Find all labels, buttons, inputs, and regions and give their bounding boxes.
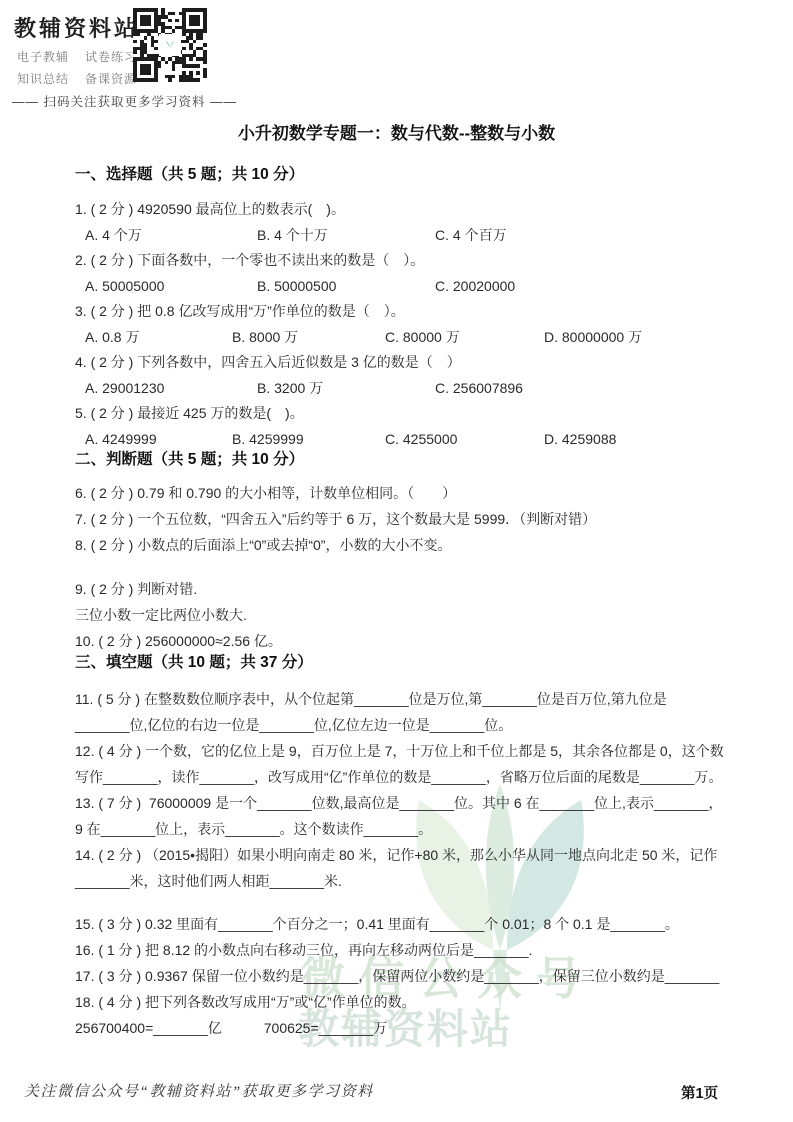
option-b: B. 50000500 [257, 274, 435, 300]
section-heading-fill-blank: 三、填空题（共 10 题；共 37 分） [75, 650, 313, 672]
question-2-text: 2. ( 2 分 ) 下面各数中，一个零也不读出来的数是（ ）。 [75, 248, 642, 274]
question-3-text: 3. ( 2 分 ) 把 0.8 亿改写成用“万”作单位的数是（ ）。 [75, 299, 642, 325]
exam-document-page: 教辅资料站 电子教辅 试卷练习 知识总结 备课资源 —— 扫码关注获取更多学习资… [0, 0, 793, 1122]
option-b: B. 8000 万 [232, 325, 385, 351]
question-16-text: 16. ( 1 分 ) 把 8.12 的小数点向右移动三位，再向左移动两位后是_… [75, 937, 719, 963]
question-11-text: 11. ( 5 分 ) 在整数数位顺序表中，从个位起第_______位是万位,第… [75, 686, 724, 712]
qr-code [133, 8, 207, 82]
option-a: A. 29001230 [85, 376, 257, 402]
question-1-options: A. 4 个万 B. 4 个十万 C. 4 个百万 [75, 223, 642, 249]
question-14-text-line2: _______米，这时他们两人相距_______米. [75, 868, 724, 894]
option-d: D. 4259088 [544, 427, 616, 453]
option-a: A. 50005000 [85, 274, 257, 300]
question-1-text: 1. ( 2 分 ) 4920590 最高位上的数表示( )。 [75, 197, 642, 223]
option-b: B. 3200 万 [257, 376, 435, 402]
question-4-options: A. 29001230 B. 3200 万 C. 256007896 [75, 376, 642, 402]
question-6-text: 6. ( 2 分 ) 0.79 和 0.790 的大小相等，计数单位相同。（ ） [75, 480, 596, 506]
page-title: 小升初数学专题一：数与代数--整数与小数 [0, 119, 793, 144]
qr-center-leaf-icon [159, 34, 181, 56]
question-13-text: 13. ( 7 分 ) 76000009 是一个_______位数,最高位是__… [75, 790, 724, 816]
option-c: C. 80000 万 [385, 325, 544, 351]
option-d: D. 80000000 万 [544, 325, 642, 351]
question-15-text: 15. ( 3 分 ) 0.32 里面有_______个百分之一；0.41 里面… [75, 911, 719, 937]
question-11-text-line2: _______位,亿位的右边一位是_______位,亿位左边一位是_______… [75, 712, 724, 738]
judge-questions-block-2: 9. ( 2 分 ) 判断对错. 三位小数一定比两位小数大. 10. ( 2 分… [75, 576, 282, 654]
question-9-text: 9. ( 2 分 ) 判断对错. [75, 576, 282, 602]
judge-questions-block-1: 6. ( 2 分 ) 0.79 和 0.790 的大小相等，计数单位相同。（ ）… [75, 480, 596, 558]
section-heading-judge: 二、判断题（共 5 题；共 10 分） [75, 447, 304, 469]
option-a: A. 4 个万 [85, 223, 257, 249]
footer-note: 关注微信公众号“教辅资料站”获取更多学习资料 [24, 1080, 374, 1101]
brand-tag: 电子教辅 [17, 48, 69, 65]
question-17-text: 17. ( 3 分 ) 0.9367 保留一位小数约是_______，保留两位小… [75, 963, 719, 989]
choice-questions-block: 1. ( 2 分 ) 4920590 最高位上的数表示( )。 A. 4 个万 … [75, 197, 642, 452]
page-number: 第1页 [681, 1082, 718, 1103]
question-12-text-line2: 写作_______，读作_______，改写成用“亿”作单位的数是_______… [75, 764, 724, 790]
question-12-text: 12. ( 4 分 ) 一个数，它的亿位上是 9，百万位上是 7，十万位上和千位… [75, 738, 724, 764]
question-13-text-line2: 9 在_______位上，表示_______。这个数读作_______。 [75, 816, 724, 842]
option-c: C. 20020000 [435, 274, 515, 300]
brand-tag: 试卷练习 [85, 48, 137, 65]
question-18-text: 18. ( 4 分 ) 把下列各数改写成用“万”或“亿”作单位的数。 [75, 989, 719, 1015]
brand-tag: 知识总结 [17, 70, 69, 87]
section-heading-choice: 一、选择题（共 5 题；共 10 分） [75, 162, 304, 184]
option-c: C. 4255000 [385, 427, 544, 453]
option-c: C. 4 个百万 [435, 223, 507, 249]
question-14-text: 14. ( 2 分 ) （2015•揭阳）如果小明向南走 80 米，记作+80 … [75, 842, 724, 868]
brand-logo-text: 教辅资料站 [14, 12, 139, 43]
question-9-text-line2: 三位小数一定比两位小数大. [75, 602, 282, 628]
brand-tag: 备课资源 [85, 70, 137, 87]
question-2-options: A. 50005000 B. 50000500 C. 20020000 [75, 274, 642, 300]
option-c: C. 256007896 [435, 376, 523, 402]
brand-tag-list: 电子教辅 试卷练习 知识总结 备课资源 [17, 48, 137, 87]
question-18-text-line2: 256700400=_______亿 700625=_______万 [75, 1015, 719, 1041]
header-tagline: —— 扫码关注获取更多学习资料 —— [12, 92, 237, 110]
fill-blank-questions-block-2: 15. ( 3 分 ) 0.32 里面有_______个百分之一；0.41 里面… [75, 911, 719, 1041]
question-3-options: A. 0.8 万 B. 8000 万 C. 80000 万 D. 8000000… [75, 325, 642, 351]
question-4-text: 4. ( 2 分 ) 下列各数中，四舍五入后近似数是 3 亿的数是（ ） [75, 350, 642, 376]
fill-blank-questions-block-1: 11. ( 5 分 ) 在整数数位顺序表中，从个位起第_______位是万位,第… [75, 686, 724, 894]
option-b: B. 4 个十万 [257, 223, 435, 249]
option-a: A. 0.8 万 [85, 325, 232, 351]
question-8-text: 8. ( 2 分 ) 小数点的后面添上“0”或去掉“0”，小数的大小不变。 [75, 532, 596, 558]
question-7-text: 7. ( 2 分 ) 一个五位数，“四舍五入”后约等于 6 万，这个数最大是 5… [75, 506, 596, 532]
question-5-text: 5. ( 2 分 ) 最接近 425 万的数是( )。 [75, 401, 642, 427]
